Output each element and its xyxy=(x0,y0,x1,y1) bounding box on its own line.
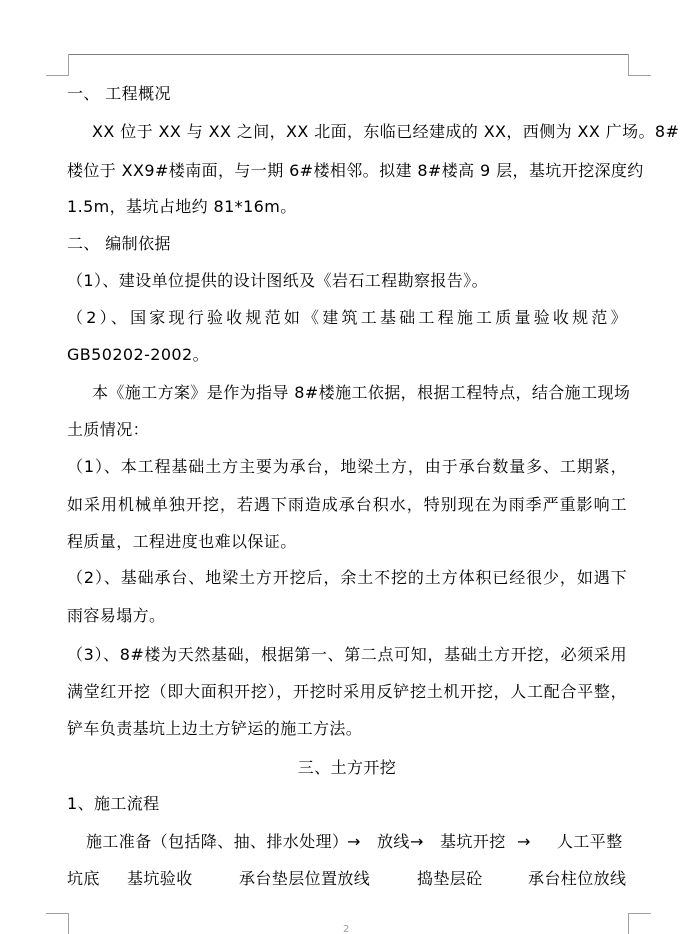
flow-step: 承台垫层位置放线 xyxy=(239,869,370,889)
flow-step: 捣垫层砼 xyxy=(417,869,483,889)
crop-mark-bottom-left-v xyxy=(68,913,69,934)
paragraph-line: XX 位于 XX 与 XX 之间，XX 北面，东临已经建成的 XX，西侧为 XX… xyxy=(67,122,627,142)
section-heading-overview: 一、 工程概况 xyxy=(67,84,627,104)
list-item: （1）、建设单位提供的设计图纸及《岩石工程勘察报告》。 xyxy=(67,271,627,291)
header-rule xyxy=(68,54,629,55)
section-heading-earthwork: 三、土方开挖 xyxy=(67,758,627,778)
flow-step: 坑底 xyxy=(67,869,100,889)
crop-mark-bottom-left-h xyxy=(46,913,69,914)
point-line: 程质量，工程进度也难以保证。 xyxy=(67,532,627,552)
paragraph-line: 1.5m，基坑占地约 81*16m。 xyxy=(67,197,627,217)
crop-mark-bottom-right-v xyxy=(628,913,629,934)
flow-step: 施工准备（包括降、抽、排水处理） xyxy=(86,832,348,852)
subheading-process: 1、施工流程 xyxy=(67,794,627,814)
flow-step: 基坑验收 xyxy=(127,869,193,889)
crop-mark-top-right-h xyxy=(628,75,651,76)
flow-step: 承台柱位放线 xyxy=(528,869,626,889)
crop-mark-top-left-v xyxy=(68,54,69,76)
flow-step: 放线 xyxy=(377,832,410,852)
paragraph-line: 土质情况： xyxy=(67,420,627,440)
point-line: 铲车负责基坑上边土方铲运的施工方法。 xyxy=(67,719,627,739)
flow-step: 人工平整 xyxy=(557,832,623,852)
crop-mark-top-right-v xyxy=(628,54,629,76)
page-number: 2 xyxy=(343,924,349,934)
arrow-right-icon: → xyxy=(410,832,424,852)
point-line: （2）、基础承台、地梁土方开挖后，余土不挖的土方体积已经很少，如遇下 xyxy=(67,568,627,588)
point-line: （1）、本工程基础土方主要为承台，地梁土方，由于承台数量多、工期紧， xyxy=(67,457,627,477)
paragraph-line: 本《施工方案》是作为指导 8#楼施工依据，根据工程特点，结合施工现场 xyxy=(67,383,627,403)
process-flow-row-1: 施工准备（包括降、抽、排水处理） → 放线 → 基坑开挖 → 人工平整 xyxy=(67,832,627,852)
paragraph-line: 楼位于 XX9#楼南面，与一期 6#楼相邻。拟建 8#楼高 9 层，基坑开挖深度… xyxy=(67,161,627,181)
arrow-right-icon: → xyxy=(517,832,531,852)
section-heading-basis: 二、 编制依据 xyxy=(67,234,627,254)
point-line: 雨容易塌方。 xyxy=(67,606,627,626)
list-item: （2）、国家现行验收规范如《建筑工基础工程施工质量验收规范》 xyxy=(67,308,627,328)
process-flow-row-2: 坑底 基坑验收 承台垫层位置放线 捣垫层砼 承台柱位放线 xyxy=(67,869,627,889)
crop-mark-top-left-h xyxy=(46,75,69,76)
list-item-continuation: GB50202-2002。 xyxy=(67,345,627,365)
point-line: 如采用机械单独开挖，若遇下雨造成承台积水，特别现在为雨季严重影响工 xyxy=(67,495,627,515)
crop-mark-bottom-right-h xyxy=(628,913,651,914)
point-line: 满堂红开挖（即大面积开挖），开挖时采用反铲挖土机开挖，人工配合平整， xyxy=(67,682,627,702)
point-line: （3）、8#楼为天然基础，根据第一、第二点可知，基础土方开挖，必须采用 xyxy=(67,645,627,665)
flow-step: 基坑开挖 xyxy=(440,832,506,852)
arrow-right-icon: → xyxy=(347,832,361,852)
